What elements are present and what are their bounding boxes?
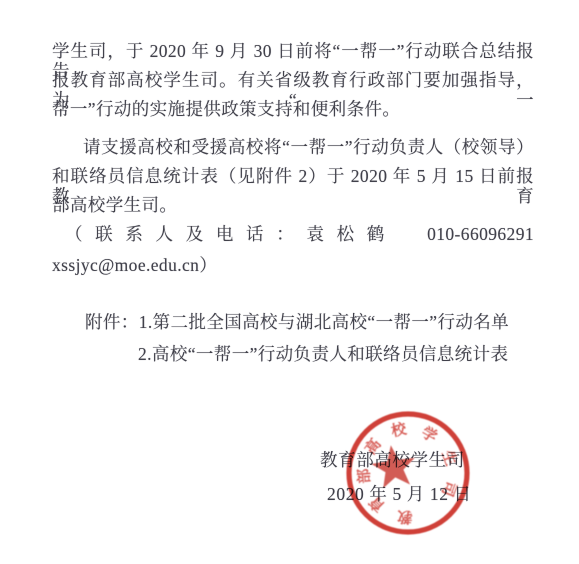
seal-ring-character: 育 (365, 492, 388, 515)
seal-ring-character: 司 (438, 479, 460, 499)
text-line: 帮一”行动的实施提供政策支持和便利条件。 (52, 99, 534, 119)
text-line: 部高校学生司。 (52, 195, 534, 215)
scanned-official-letter: 学生司，于 2020 年 9 月 30 日前将“一帮一”行动联合总结报告报教育部… (0, 0, 579, 564)
text-line: xssjyc@moe.edu.cn） (52, 255, 534, 275)
official-red-seal: 教育部高校学生司 (328, 393, 488, 553)
text-line: 请支援高校和受援高校将“一帮一”行动负责人（校领导） (52, 137, 534, 157)
text-line: （联系人及电话：袁松鹤 010-66096291 (52, 224, 534, 244)
text-line: 附件：1.第二批全国高校与湖北高校“一帮一”行动名单 (52, 312, 534, 332)
seal-ring-character: 教 (396, 507, 413, 525)
seal-ring-character: 生 (438, 448, 459, 468)
text-line: 2.高校“一帮一”行动负责人和联络员信息统计表 (52, 344, 534, 364)
seal-ring-character: 部 (355, 468, 374, 484)
seal-ring-character: 学 (418, 423, 440, 446)
seal-ring-character: 校 (389, 419, 409, 440)
seal-ring-character: 高 (361, 435, 384, 458)
seal-graphic: 教育部高校学生司 (328, 393, 488, 553)
